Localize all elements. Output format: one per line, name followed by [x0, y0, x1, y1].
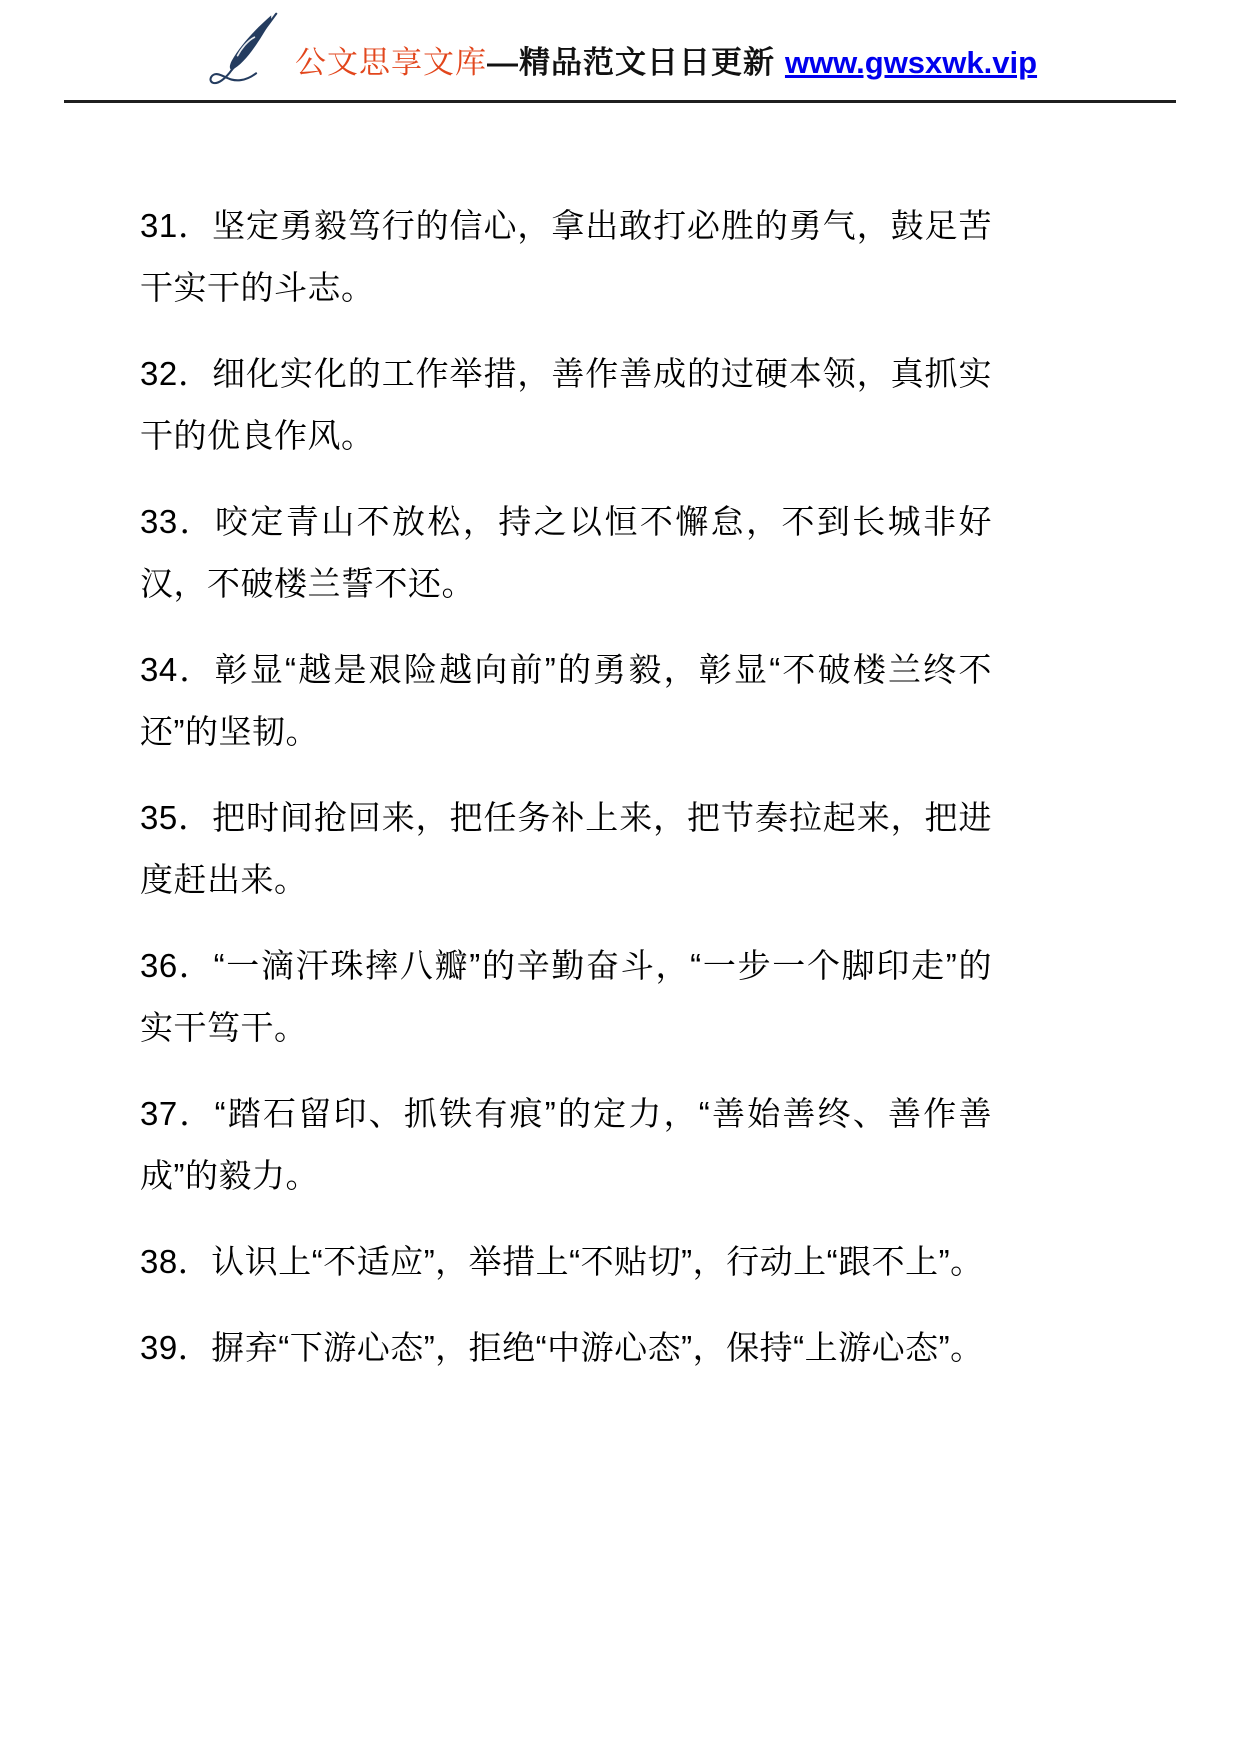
- list-item: 33．咬定青山不放松，持之以恒不懈怠，不到长城非好汉，不破楼兰誓不还。: [140, 491, 992, 615]
- list-item: 34．彰显“越是艰险越向前”的勇毅，彰显“不破楼兰终不还”的坚韧。: [140, 639, 992, 763]
- brand-name: 公文思享文库: [295, 37, 487, 82]
- list-item: 38．认识上“不适应”，举措上“不贴切”，行动上“跟不上”。: [140, 1231, 992, 1293]
- list-item: 35．把时间抢回来，把任务补上来，把节奏拉起来，把进度赶出来。: [140, 787, 992, 911]
- website-link[interactable]: www.gwsxwk.vip: [785, 45, 1037, 81]
- list-item: 36．“一滴汗珠摔八瓣”的辛勤奋斗，“一步一个脚印走”的实干笃干。: [140, 935, 992, 1059]
- document-body: 31．坚定勇毅笃行的信心，拿出敢打必胜的勇气，鼓足苦干实干的斗志。32．细化实化…: [0, 103, 992, 1379]
- list-item: 37．“踏石留印、抓铁有痕”的定力，“善始善终、善作善成”的毅力。: [140, 1083, 992, 1207]
- list-item: 31．坚定勇毅笃行的信心，拿出敢打必胜的勇气，鼓足苦干实干的斗志。: [140, 195, 992, 319]
- document-page: 公文思享文库—精品范文日日更新www.gwsxwk.vip 31．坚定勇毅笃行的…: [0, 0, 1240, 1754]
- list-item: 32．细化实化的工作举措，善作善成的过硬本领，真抓实干的优良作风。: [140, 343, 992, 467]
- list-item: 39．摒弃“下游心态”，拒绝“中游心态”，保持“上游心态”。: [140, 1317, 992, 1379]
- page-header: 公文思享文库—精品范文日日更新www.gwsxwk.vip: [0, 0, 1240, 96]
- quill-pen-icon: [203, 12, 289, 96]
- brand-tagline: —精品范文日日更新: [487, 37, 775, 82]
